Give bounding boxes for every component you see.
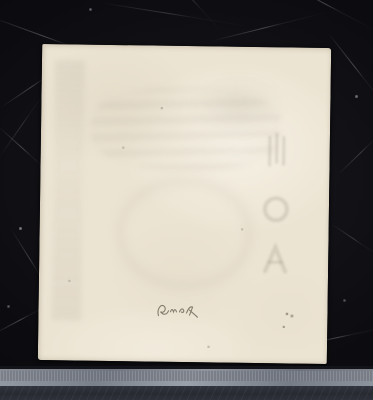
- ruler-dark-band: [0, 386, 373, 400]
- show-through-ring: [114, 175, 256, 292]
- expert-mark-signature: [154, 300, 202, 325]
- scratch-line: [331, 223, 373, 257]
- ruler-tick-texture: [0, 371, 373, 381]
- show-through-letters: [253, 127, 302, 320]
- scratch-line: [286, 0, 373, 30]
- paper-specks: [42, 44, 43, 45]
- show-through-smudge: [90, 87, 281, 172]
- scratch-line: [328, 33, 373, 108]
- scratch-line: [165, 0, 226, 36]
- ruler-edge: [0, 366, 373, 400]
- scratch-line: [101, 2, 249, 26]
- dust-specks: [0, 0, 1, 1]
- show-through-band: [51, 60, 85, 320]
- scratch-line: [337, 126, 373, 175]
- scratch-line: [212, 11, 329, 41]
- stamp-back: [38, 44, 331, 364]
- show-through-blob: [191, 74, 287, 137]
- stamp-photo: [0, 0, 373, 400]
